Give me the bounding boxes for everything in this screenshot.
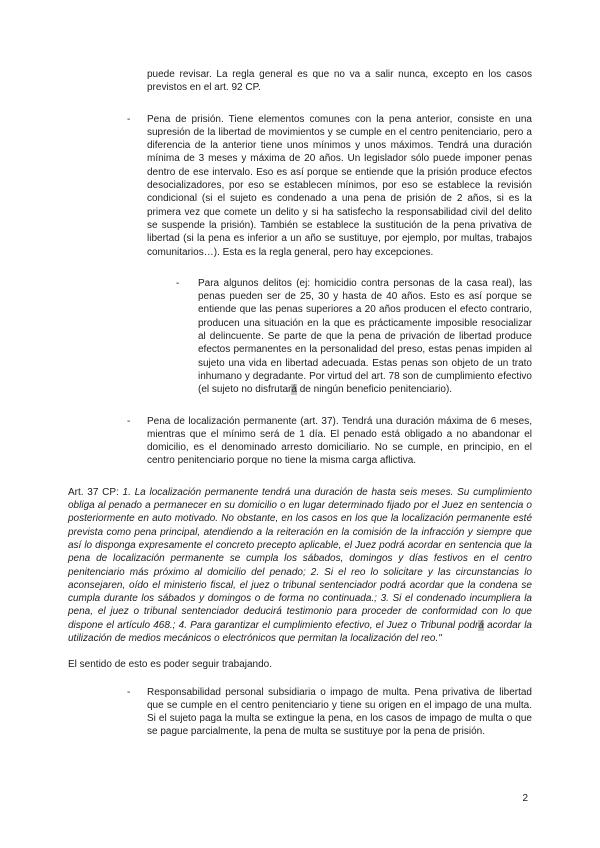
bullet-dash: - bbox=[127, 113, 147, 259]
bullet-text-delitos-graves: Para algunos delitos (ej: homicidio cont… bbox=[198, 277, 532, 397]
bullet-item-localizacion-permanente: - Pena de localización permanente (art. … bbox=[68, 415, 532, 468]
article-37-label: Art. 37 CP: bbox=[68, 487, 123, 498]
delitos-text-before: Para algunos delitos (ej: homicidio cont… bbox=[198, 278, 532, 395]
delitos-text-after: de ningún beneficio penitenciario). bbox=[297, 384, 452, 395]
bullet-dash: - bbox=[127, 686, 147, 739]
bullet-item-responsabilidad-subsidiaria: - Responsabilidad personal subsidiaria o… bbox=[68, 686, 532, 739]
bullet-text-responsabilidad-subsidiaria: Responsabilidad personal subsidiaria o i… bbox=[147, 686, 532, 739]
bullet-text-pena-prision: Pena de prisión. Tiene elementos comunes… bbox=[147, 113, 532, 259]
bullet-dash: - bbox=[176, 277, 198, 397]
bullet-dash: - bbox=[127, 415, 147, 468]
bullet-text-localizacion-permanente: Pena de localización permanente (art. 37… bbox=[147, 415, 532, 468]
bullet-item-delitos-graves: - Para algunos delitos (ej: homicidio co… bbox=[68, 277, 532, 397]
bullet-item-pena-prision: - Pena de prisión. Tiene elementos comun… bbox=[68, 113, 532, 259]
intro-paragraph: puede revisar. La regla general es que n… bbox=[147, 68, 532, 95]
article-37-quote-part1: 1. La localización permanente tendrá una… bbox=[68, 487, 532, 631]
sentido-paragraph: El sentido de esto es poder seguir traba… bbox=[68, 658, 532, 671]
document-page: puede revisar. La regla general es que n… bbox=[0, 0, 600, 848]
page-number: 2 bbox=[522, 792, 528, 805]
article-37-quote-paragraph: Art. 37 CP: 1. La localización permanent… bbox=[68, 486, 532, 646]
